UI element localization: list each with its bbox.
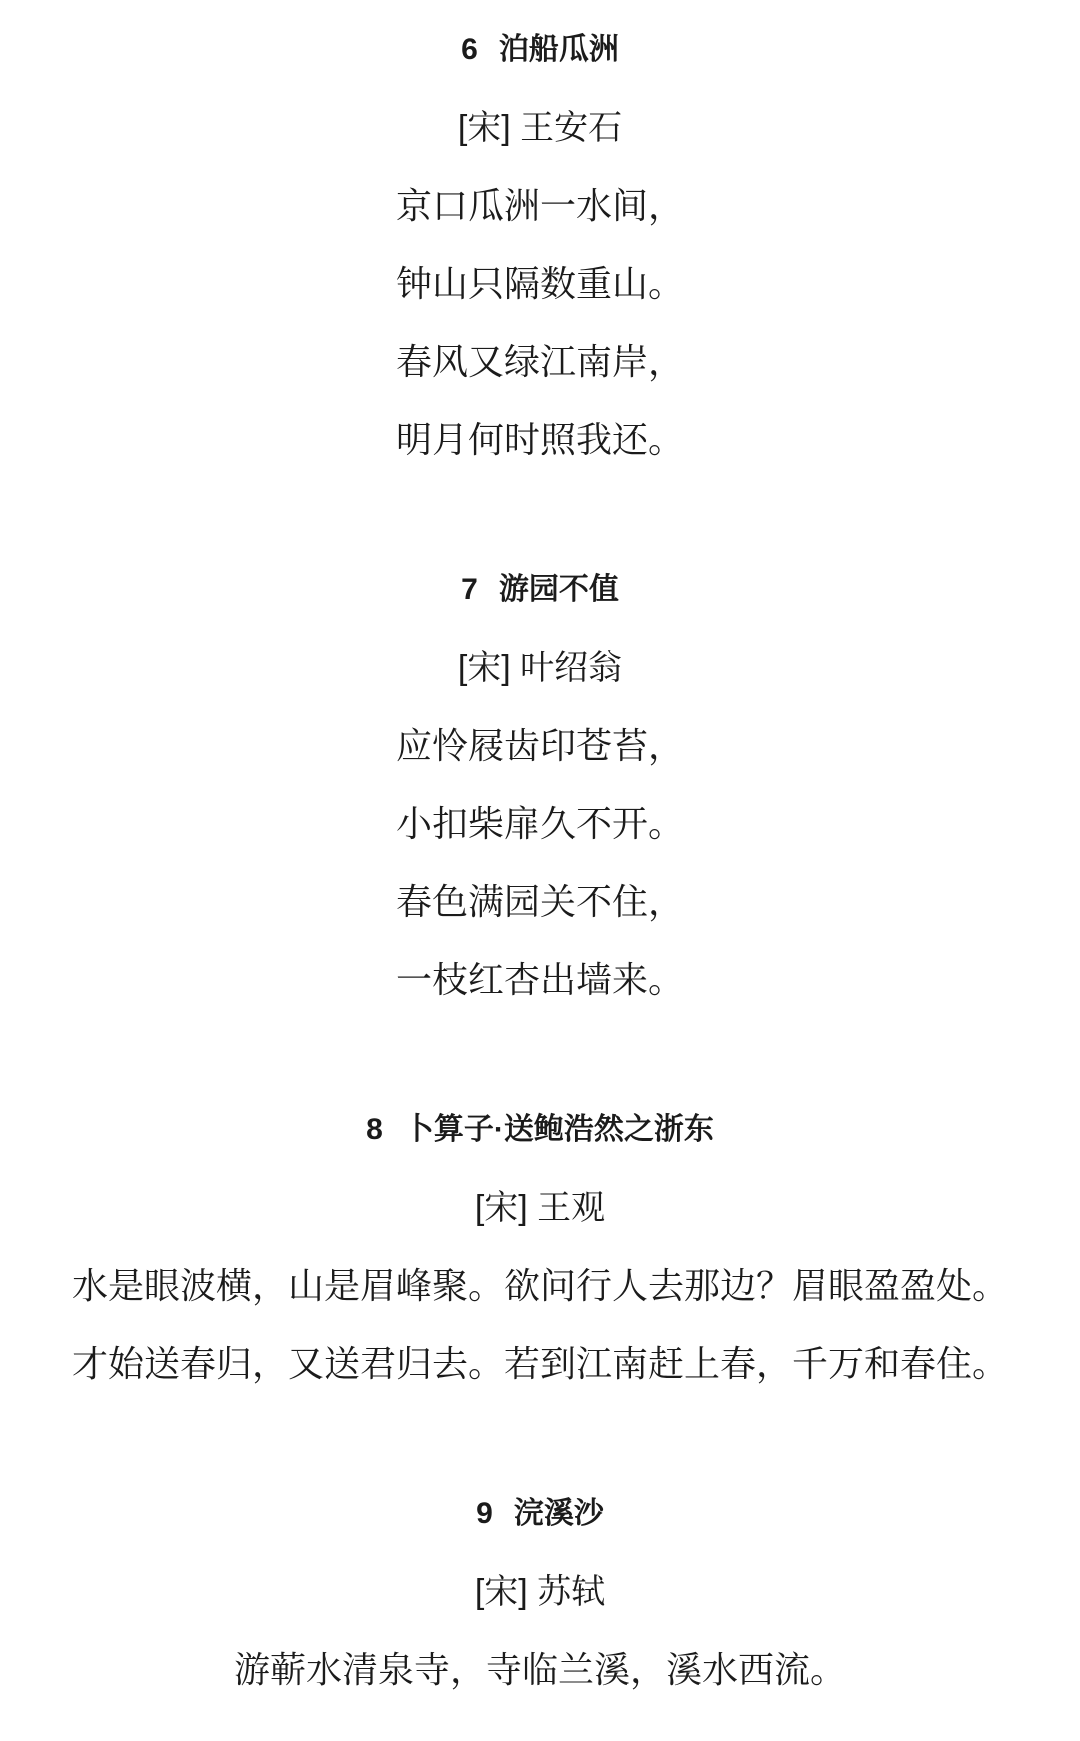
poem-line: 小扣柴扉久不开。: [0, 785, 1080, 863]
poem-title-text: 游园不值: [499, 573, 619, 606]
poem-section-9: 9浣溪沙 [宋] 苏轼 游蕲水清泉寺，寺临兰溪，溪水西流。: [0, 1475, 1080, 1709]
poem-title: 7游园不值: [0, 551, 1080, 629]
poem-line: 才始送春归，又送君归去。若到江南赶上春，千万和春住。: [0, 1325, 1080, 1403]
poem-document-page: 6泊船瓜洲 [宋] 王安石 京口瓜洲一水间， 钟山只隔数重山。 春风又绿江南岸，…: [0, 11, 1080, 1741]
poem-number: 6: [461, 33, 478, 66]
poem-title: 6泊船瓜洲: [0, 11, 1080, 89]
poem-title-text: 泊船瓜洲: [499, 33, 619, 66]
poem-section-6: 6泊船瓜洲 [宋] 王安石 京口瓜洲一水间， 钟山只隔数重山。 春风又绿江南岸，…: [0, 11, 1080, 479]
poem-number: 7: [461, 573, 478, 606]
poem-author: [宋] 叶绍翁: [0, 629, 1080, 707]
poem-number: 9: [476, 1497, 493, 1530]
poem-title-text: 浣溪沙: [514, 1497, 604, 1530]
poem-number: 8: [366, 1113, 383, 1146]
poem-title: 9浣溪沙: [0, 1475, 1080, 1553]
poem-line: 春色满园关不住，: [0, 863, 1080, 941]
poem-line: 钟山只隔数重山。: [0, 245, 1080, 323]
poem-line: 京口瓜洲一水间，: [0, 167, 1080, 245]
poem-section-8: 8卜算子·送鲍浩然之浙东 [宋] 王观 水是眼波横，山是眉峰聚。欲问行人去那边？…: [0, 1091, 1080, 1403]
poem-section-7: 7游园不值 [宋] 叶绍翁 应怜屐齿印苍苔， 小扣柴扉久不开。 春色满园关不住，…: [0, 551, 1080, 1019]
poem-line: 水是眼波横，山是眉峰聚。欲问行人去那边？眉眼盈盈处。: [0, 1247, 1080, 1325]
poem-author: [宋] 苏轼: [0, 1553, 1080, 1631]
poem-author: [宋] 王安石: [0, 89, 1080, 167]
poem-title: 8卜算子·送鲍浩然之浙东: [0, 1091, 1080, 1169]
poem-author: [宋] 王观: [0, 1169, 1080, 1247]
poem-line: 明月何时照我还。: [0, 401, 1080, 479]
poem-line: 春风又绿江南岸，: [0, 323, 1080, 401]
poem-line: 一枝红杏出墙来。: [0, 941, 1080, 1019]
poem-title-text: 卜算子·送鲍浩然之浙东: [404, 1113, 714, 1146]
poem-line: 游蕲水清泉寺，寺临兰溪，溪水西流。: [0, 1631, 1080, 1709]
poem-line: 应怜屐齿印苍苔，: [0, 707, 1080, 785]
